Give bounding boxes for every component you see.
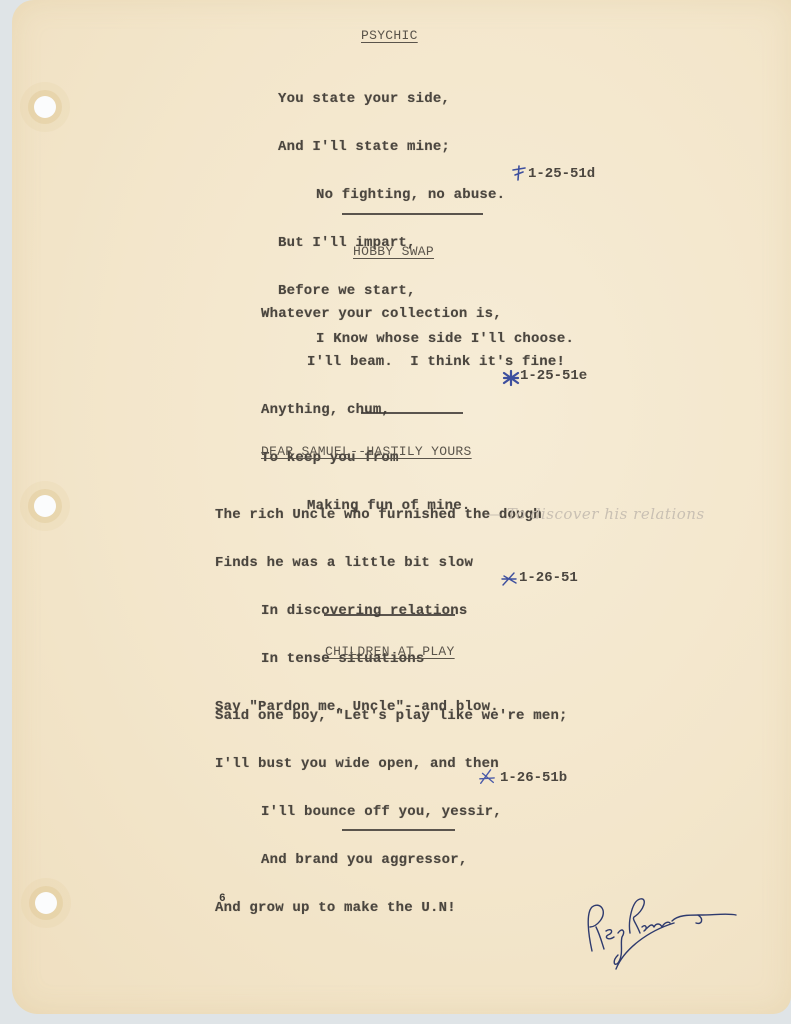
date-code: 1-26-51 (519, 570, 578, 586)
date-code: 1-25-51d (528, 166, 595, 182)
signature-icon (578, 893, 743, 973)
blue-ink-star-mark-icon (502, 369, 520, 387)
date-code: 1-25-51e (520, 368, 587, 384)
poem-line: And grow up to make the U.N! (215, 900, 568, 916)
poem-title-children-at-play: CHILDREN AT PLAY (325, 644, 455, 659)
binder-hole-top (34, 96, 56, 118)
handwritten-pencil-note: — To discover his relations (486, 505, 705, 523)
section-divider (342, 213, 483, 215)
poem-line: Finds he was a little bit slow (215, 555, 542, 571)
poem-line: And I'll state mine; (278, 139, 574, 155)
poem-line: Whatever your collection is, (261, 306, 565, 322)
poem-body-children-at-play: Said one boy, "Let's play like we're men… (215, 676, 568, 932)
poem-line: Said one boy, "Let's play like we're men… (215, 708, 568, 724)
poem-line: No fighting, no abuse. (278, 187, 574, 203)
poem-title-hobby-swap: HOBBY SWAP (353, 244, 434, 259)
poem-line: In discovering relations (215, 603, 542, 619)
section-divider (342, 829, 455, 831)
section-divider (361, 412, 463, 414)
blue-ink-x-mark-icon (478, 768, 496, 786)
blue-ink-check-mark-icon (510, 164, 528, 182)
section-divider (324, 614, 455, 616)
binder-hole-middle (34, 495, 56, 517)
binder-hole-bottom (35, 892, 57, 914)
poem-title-dear-samuel: DEAR SAMUEL--HASTILY YOURS (261, 444, 472, 459)
poem-title-psychic: PSYCHIC (361, 28, 418, 43)
blue-ink-x-mark-icon (500, 570, 518, 588)
poem-line: I'll bounce off you, yessir, (215, 804, 568, 820)
date-code: 1-26-51b (500, 770, 567, 786)
page-number: 6 (219, 893, 226, 905)
poem-line: And brand you aggressor, (215, 852, 568, 868)
poem-line: Anything, chum, (261, 402, 565, 418)
poem-line: You state your side, (278, 91, 574, 107)
